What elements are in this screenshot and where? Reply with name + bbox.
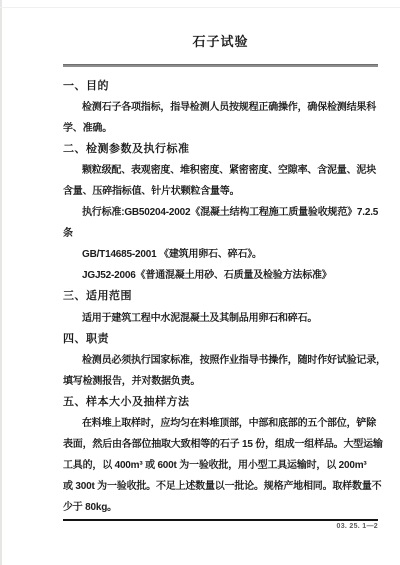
doc-line: 学、准确。 (63, 118, 379, 139)
doc-line: 或 300t 为一验收批。不足上述数量以一批论。规格产地相同。取样数量不 (63, 476, 379, 497)
doc-line: GB/T14685-2001 《建筑用卵石、碎石》。 (63, 244, 379, 265)
doc-line: 在料堆上取样时，应均匀在料堆顶部，中部和底部的五个部位，铲除 (63, 413, 379, 434)
document-page: 石子试验 一、目的 检测石子各项指标，指导检测人员按规程正确操作，确保检测结果科… (0, 0, 400, 565)
doc-line: 检测员必须执行国家标准，按照作业指导书操作，随时作好试验记录， (63, 350, 379, 371)
scan-edge-top (0, 7, 400, 8)
doc-line: 执行标准:GB50204-2002《混凝土结构工程施工质量验收规范》7.2.5 (63, 202, 379, 223)
section-heading-1: 一、目的 (63, 76, 379, 97)
section-heading-2: 二、检测参数及执行标准 (63, 139, 379, 160)
doc-line: 工具的，以 400m³ 或 600t 为一验收批，用小型工具运输时，以 200m… (63, 455, 379, 476)
doc-line: 表面，然后由各部位抽取大致相等的石子 15 份，组成一组样品。大型运输 (63, 434, 379, 455)
doc-line: 少于 80kg。 (63, 497, 379, 518)
section-heading-5: 五、样本大小及抽样方法 (63, 392, 379, 413)
scan-edge-left (0, 0, 2, 565)
footer-divider (63, 519, 378, 521)
doc-line: 含量、压碎指标值、针片状颗粒含量等。 (63, 181, 379, 202)
document-body: 一、目的 检测石子各项指标，指导检测人员按规程正确操作，确保检测结果科 学、准确… (63, 76, 379, 518)
footer-page-number: 03. 25. 1—2 (63, 523, 378, 530)
section-heading-4: 四、职责 (63, 329, 379, 350)
doc-line: 检测石子各项指标，指导检测人员按规程正确操作，确保检测结果科 (63, 97, 379, 118)
doc-line: 颗粒级配、表观密度、堆积密度、紧密密度、空隙率、含泥量、泥块 (63, 160, 379, 181)
section-heading-3: 三、适用范围 (63, 286, 379, 307)
doc-line: 条 (63, 223, 379, 244)
doc-line: 填写检测报告，并对数据负责。 (63, 371, 379, 392)
title-divider (63, 64, 378, 67)
doc-line: 适用于建筑工程中水泥混凝土及其制品用卵石和碎石。 (63, 308, 379, 329)
document-title: 石子试验 (63, 31, 378, 50)
doc-line: JGJ52-2006《普通混凝土用砂、石质量及检验方法标准》 (63, 265, 379, 286)
